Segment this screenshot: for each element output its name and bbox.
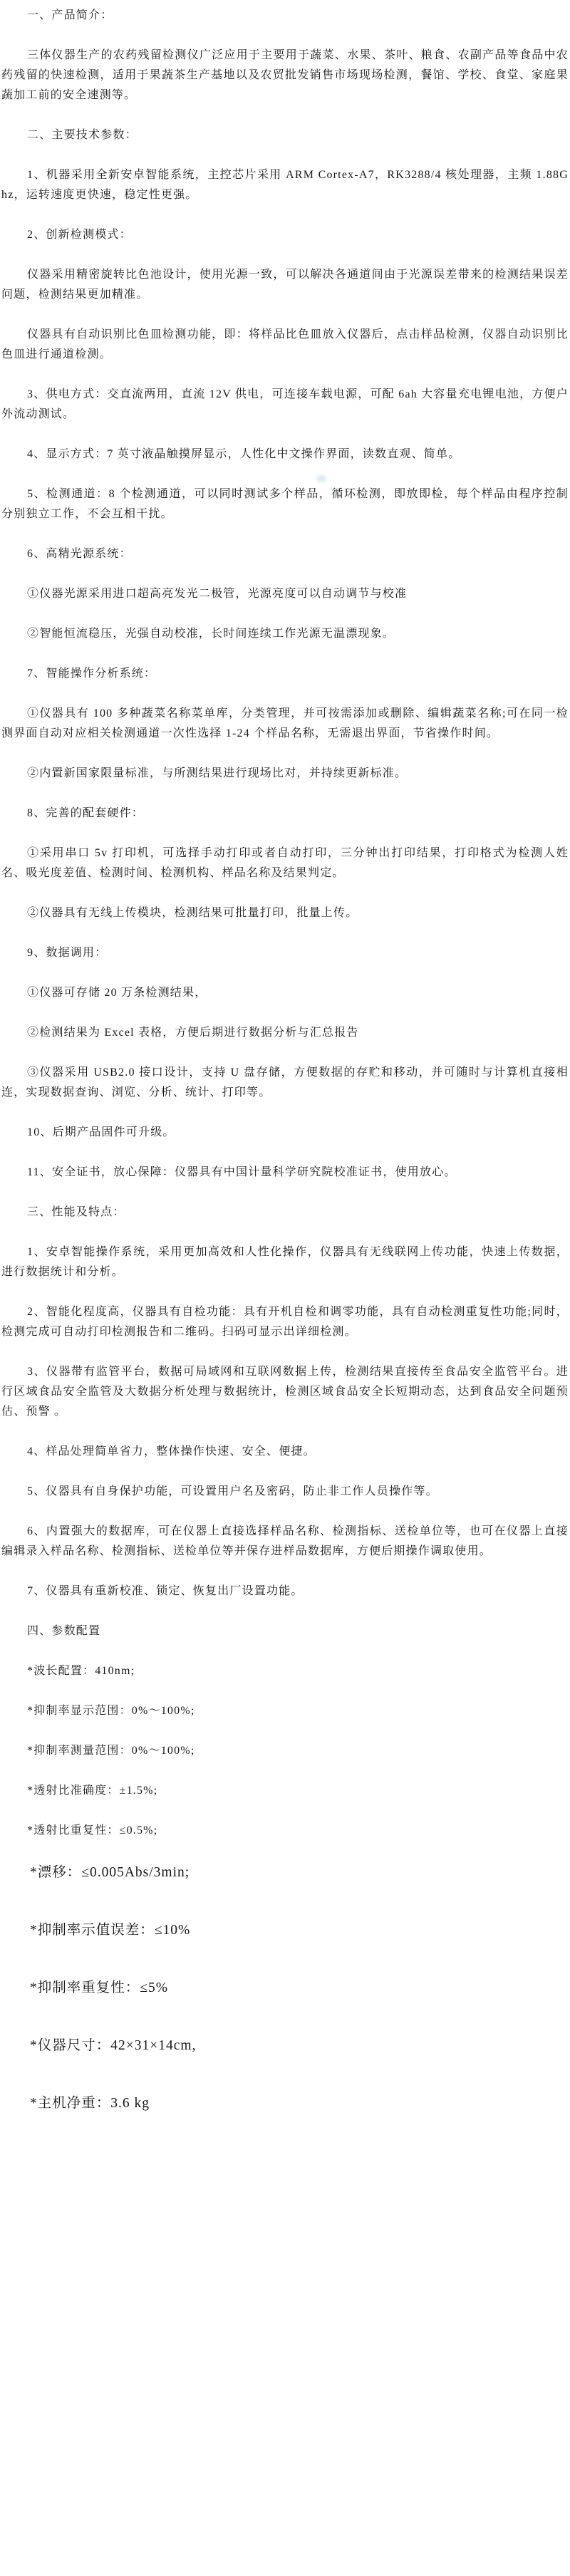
paragraph: 4、样品处理简单省力，整体操作快速、安全、便捷。 [1, 1442, 569, 1462]
paragraph: *抑制率显示范围：0%～100%; [1, 1701, 569, 1721]
paragraph: *波长配置：410nm; [1, 1661, 569, 1681]
paragraph: 4、显示方式：7 英寸液晶触摸屏显示，人性化中文操作界面，读数直观、简单。 [1, 445, 569, 464]
paragraph: 10、后期产品固件可升级。 [1, 1123, 569, 1143]
paragraph: 2、智能化程度高，仪器具有自检功能：具有开机自检和调零功能，具有自动检测重复性功… [1, 1302, 569, 1342]
document-page: 一、产品简介：三体仪器生产的农药残留检测仪广泛应用于主要用于蔬菜、水果、茶叶、粮… [0, 0, 570, 2576]
paragraph: 6、内置强大的数据库，可在仪器上直接选择样品名称、检测指标、送检单位等，也可在仪… [1, 1522, 569, 1562]
paragraph: 5、检测通道：8 个检测通道，可以同时测试多个样品，循环检测，即放即检，每个样品… [1, 484, 569, 524]
paragraph: ②智能恒流稳压，光强自动校准，长时间连续工作光源无温漂现象。 [1, 624, 569, 644]
paragraph: 仪器采用精密旋转比色池设计，使用光源一致，可以解决各通道间由于光源误差带来的检测… [1, 265, 569, 305]
paragraph: 7、智能操作分析系统： [1, 664, 569, 684]
paragraph: 7、仪器具有重新校准、锁定、恢复出厂设置功能。 [1, 1582, 569, 1601]
paragraph: *透射比重复性：≤0.5%; [1, 1821, 569, 1841]
paragraph: ②仪器具有无线上传模块，检测结果可批量打印，批量上传。 [1, 903, 569, 923]
scan-smudge-artifact [316, 475, 326, 482]
paragraph: *抑制率测量范围：0%～100%; [1, 1741, 569, 1761]
paragraph: 3、供电方式：交直流两用，直流 12V 供电，可连接车载电源，可配 6ah 大容… [1, 385, 569, 425]
paragraph: 5、仪器具有自身保护功能，可设置用户名及密码，防止非工作人员操作等。 [1, 1482, 569, 1502]
paragraph: 6、高精光源系统： [1, 544, 569, 564]
paragraph: ①仪器可存储 20 万条检测结果， [1, 983, 569, 1003]
paragraph: 仪器具有自动识别比色皿检测功能，即：将样品比色皿放入仪器后，点击样品检测，仪器自… [1, 325, 569, 365]
paragraph: *透射比准确度：±1.5%; [1, 1781, 569, 1801]
paragraph: *仪器尺寸：42×31×14cm, [1, 2034, 569, 2058]
paragraph: 一、产品简介： [1, 6, 569, 26]
paragraph: *抑制率重复性：≤5% [1, 1976, 569, 2000]
paragraph: 9、数据调用： [1, 943, 569, 963]
paragraph: 3、仪器带有监管平台，数据可局域网和互联网数据上传，检测结果直接传至食品安全监管… [1, 1362, 569, 1422]
paragraph: 1、安卓智能操作系统，采用更加高效和人性化操作，仪器具有无线联网上传功能，快速上… [1, 1242, 569, 1282]
paragraph: ②检测结果为 Excel 表格，方便后期进行数据分析与汇总报告 [1, 1023, 569, 1043]
paragraph: ①仪器光源采用进口超高亮发光二极管，光源亮度可以自动调节与校准 [1, 584, 569, 604]
paragraph: 二、主要技术参数： [1, 125, 569, 145]
document-body: 一、产品简介：三体仪器生产的农药残留检测仪广泛应用于主要用于蔬菜、水果、茶叶、粮… [1, 6, 569, 2149]
paragraph: 1、机器采用全新安卓智能系统，主控芯片采用 ARM Cortex-A7，RK32… [1, 165, 569, 205]
paragraph: 四、参数配置 [1, 1621, 569, 1641]
paragraph: ②内置新国家限量标准，与所测结果进行现场比对，并持续更新标准。 [1, 764, 569, 784]
paragraph: *抑制率示值误差：≤10% [1, 1918, 569, 1943]
paragraph: 三体仪器生产的农药残留检测仪广泛应用于主要用于蔬菜、水果、茶叶、粮食、农副产品等… [1, 46, 569, 105]
paragraph: *漂移：≤0.005Abs/3min; [1, 1861, 569, 1885]
paragraph: 11、安全证书，放心保障：仪器具有中国计量科学研究院校准证书，使用放心。 [1, 1163, 569, 1183]
paragraph: ①仪器具有 100 多种蔬菜名称菜单库，分类管理，并可按需添加或删除、编辑蔬菜名… [1, 704, 569, 744]
paragraph: ①采用串口 5v 打印机，可选择手动打印或者自动打印，三分钟出打印结果，打印格式… [1, 843, 569, 883]
paragraph: 8、完善的配套硬件： [1, 804, 569, 824]
paragraph: *主机净重：3.6 kg [1, 2092, 569, 2116]
paragraph: ③仪器采用 USB2.0 接口设计，支持 U 盘存储，方便数据的存贮和移动，并可… [1, 1063, 569, 1103]
paragraph: 2、创新检测模式： [1, 225, 569, 245]
paragraph: 三、性能及特点： [1, 1203, 569, 1222]
